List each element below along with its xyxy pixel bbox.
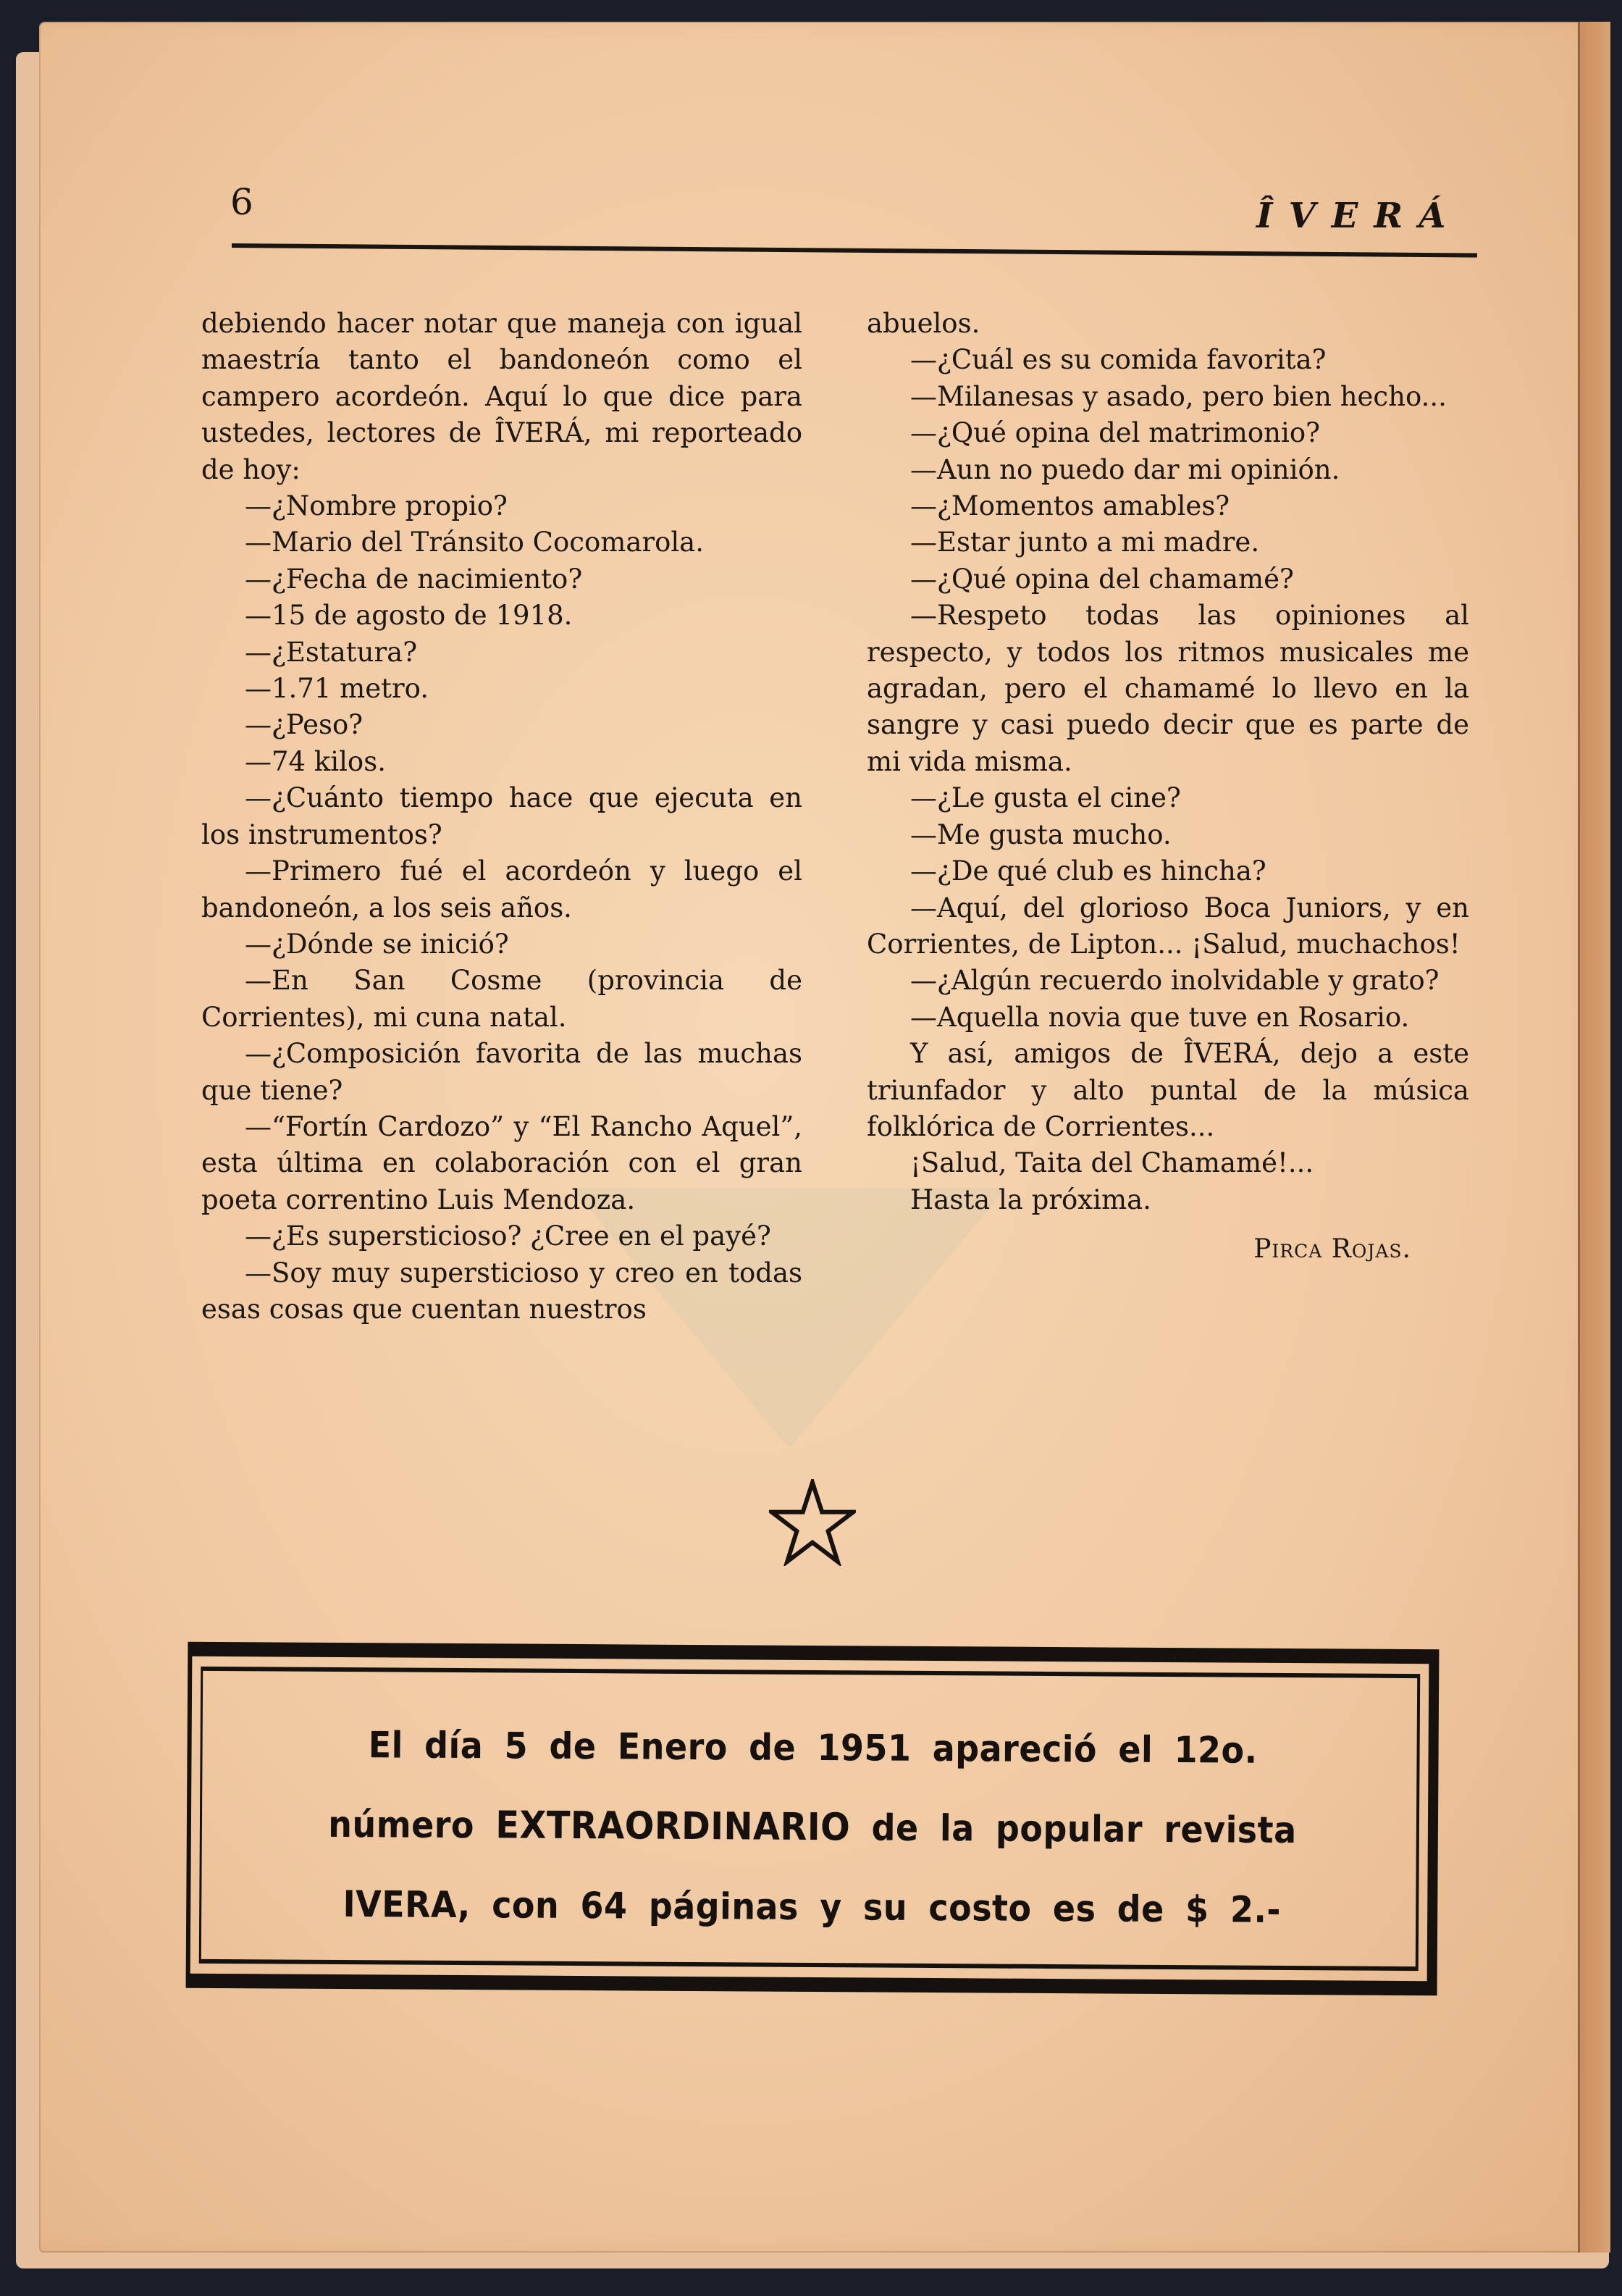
article-column-left: debiendo hacer notar que maneja con igua…	[201, 306, 802, 1328]
ad-emphasis: EXTRAORDINARIO	[495, 1803, 850, 1849]
ad-line-2-end: de la popular revista	[850, 1806, 1297, 1851]
running-title: ÎVERÁ	[1256, 196, 1461, 236]
interview-line: —Me gusta mucho.	[867, 817, 1469, 853]
interview-line: —Mario del Tránsito Cocomarola.	[201, 524, 802, 561]
closing-paragraph: Y así, amigos de ÎVERÁ, dejo a este triu…	[867, 1036, 1469, 1145]
ad-line-2-start: número	[328, 1803, 495, 1846]
interview-line: —¿Le gusta el cine?	[867, 780, 1469, 816]
interview-line: —¿Composición favorita de las muchas que…	[201, 1036, 802, 1109]
author-signature: Pirca Rojas.	[867, 1231, 1469, 1268]
interview-line: —Aquí, del glorioso Boca Juniors, y en C…	[867, 890, 1469, 963]
page-number: 6	[230, 181, 253, 223]
interview-line: —¿Nombre propio?	[201, 488, 802, 524]
interview-line: —¿Dónde se inició?	[201, 926, 802, 963]
article-column-right: abuelos. —¿Cuál es su comida favorita? —…	[867, 306, 1469, 1268]
interview-line: —En San Cosme (provincia de Corrientes),…	[201, 963, 802, 1036]
interview-line: —¿Es supersticioso? ¿Cree en el payé?	[201, 1218, 802, 1254]
ad-line-1: El día 5 de Enero de 1951 apareció el 12…	[237, 1704, 1388, 1791]
interview-line: —¿Cuál es su comida favorita?	[867, 342, 1469, 378]
paragraph: debiendo hacer notar que maneja con igua…	[201, 306, 802, 488]
closing-line: Hasta la próxima.	[867, 1182, 1469, 1218]
closing-line: ¡Salud, Taita del Chamamé!...	[867, 1145, 1469, 1181]
interview-line: —Aun no puedo dar mi opinión.	[867, 452, 1469, 488]
interview-line: —Respeto todas las opiniones al respecto…	[867, 598, 1469, 780]
interview-line: —¿Algún recuerdo inolvidable y grato?	[867, 963, 1469, 999]
interview-line: —¿Fecha de nacimiento?	[201, 561, 802, 598]
interview-line: —1.71 metro.	[201, 671, 802, 707]
ad-line-3: IVERA, con 64 páginas y su costo es de $…	[236, 1864, 1387, 1951]
interview-line: —“Fortín Cardozo” y “El Rancho Aquel”, e…	[201, 1109, 802, 1218]
interview-line: —¿De qué club es hincha?	[867, 853, 1469, 889]
interview-line: —¿Cuánto tiempo hace que ejecuta en los …	[201, 780, 802, 853]
interview-line: —74 kilos.	[201, 744, 802, 780]
interview-line: —Soy muy supersticioso y creo en todas e…	[201, 1255, 802, 1328]
interview-line: —¿Momentos amables?	[867, 488, 1469, 524]
paragraph: abuelos.	[867, 306, 1469, 342]
ad-line-2: número EXTRAORDINARIO de la popular revi…	[237, 1784, 1388, 1871]
interview-line: —¿Qué opina del matrimonio?	[867, 415, 1469, 451]
ad-text: El día 5 de Enero de 1951 apareció el 12…	[236, 1704, 1389, 1951]
interview-line: —Milanesas y asado, pero bien hecho...	[867, 379, 1469, 415]
interview-line: —¿Peso?	[201, 707, 802, 743]
interview-line: —15 de agosto de 1918.	[201, 598, 802, 634]
binding-spine	[1578, 22, 1610, 2253]
interview-line: —Estar junto a mi madre.	[867, 524, 1469, 561]
interview-line: —Aquella novia que tuve en Rosario.	[867, 1000, 1469, 1036]
interview-line: —Primero fué el acordeón y luego el band…	[201, 853, 802, 926]
advertisement-box: El día 5 de Enero de 1951 apareció el 12…	[186, 1642, 1440, 1996]
star-outline-icon	[769, 1479, 856, 1566]
interview-line: —¿Qué opina del chamamé?	[867, 561, 1469, 598]
interview-line: —¿Estatura?	[201, 634, 802, 671]
